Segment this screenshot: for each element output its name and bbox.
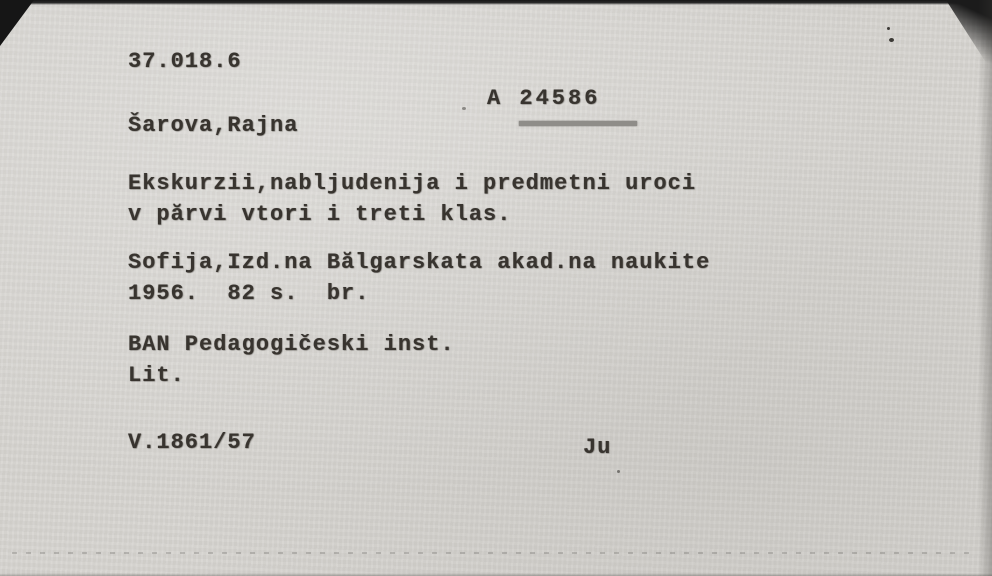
shelf-number: V.1861/57 [128, 431, 256, 455]
scan-speck [617, 470, 620, 473]
scan-edge-right [978, 0, 992, 576]
scan-edge-top [0, 0, 992, 5]
title-line-1: Ekskurzii,nabljudenija i predmetni uroci [128, 172, 696, 196]
literature-note: Lit. [128, 364, 185, 388]
card-crease-line [12, 552, 972, 554]
classification-number: 37.018.6 [128, 50, 242, 74]
accession-number: A 24586 [487, 87, 600, 111]
author-name: Šarova,Rajna [128, 114, 298, 138]
scan-speck [887, 27, 890, 30]
imprint-line-1: Sofija,Izd.na Bălgarskata akad.na naukit… [128, 251, 710, 275]
institution-note: BAN Pedagogičeski inst. [128, 333, 455, 357]
scan-speck [889, 38, 894, 42]
imprint-line-2: 1956. 82 s. br. [128, 282, 369, 306]
scan-speck [462, 107, 466, 110]
accession-underline [519, 121, 637, 126]
scan-corner-top-left [0, 0, 34, 46]
title-line-2: v părvi vtori i treti klas. [128, 203, 511, 227]
library-catalog-card: 37.018.6 A 24586 Šarova,Rajna Ekskurzii,… [0, 0, 992, 576]
cataloguer-initials: Ju [583, 436, 611, 460]
